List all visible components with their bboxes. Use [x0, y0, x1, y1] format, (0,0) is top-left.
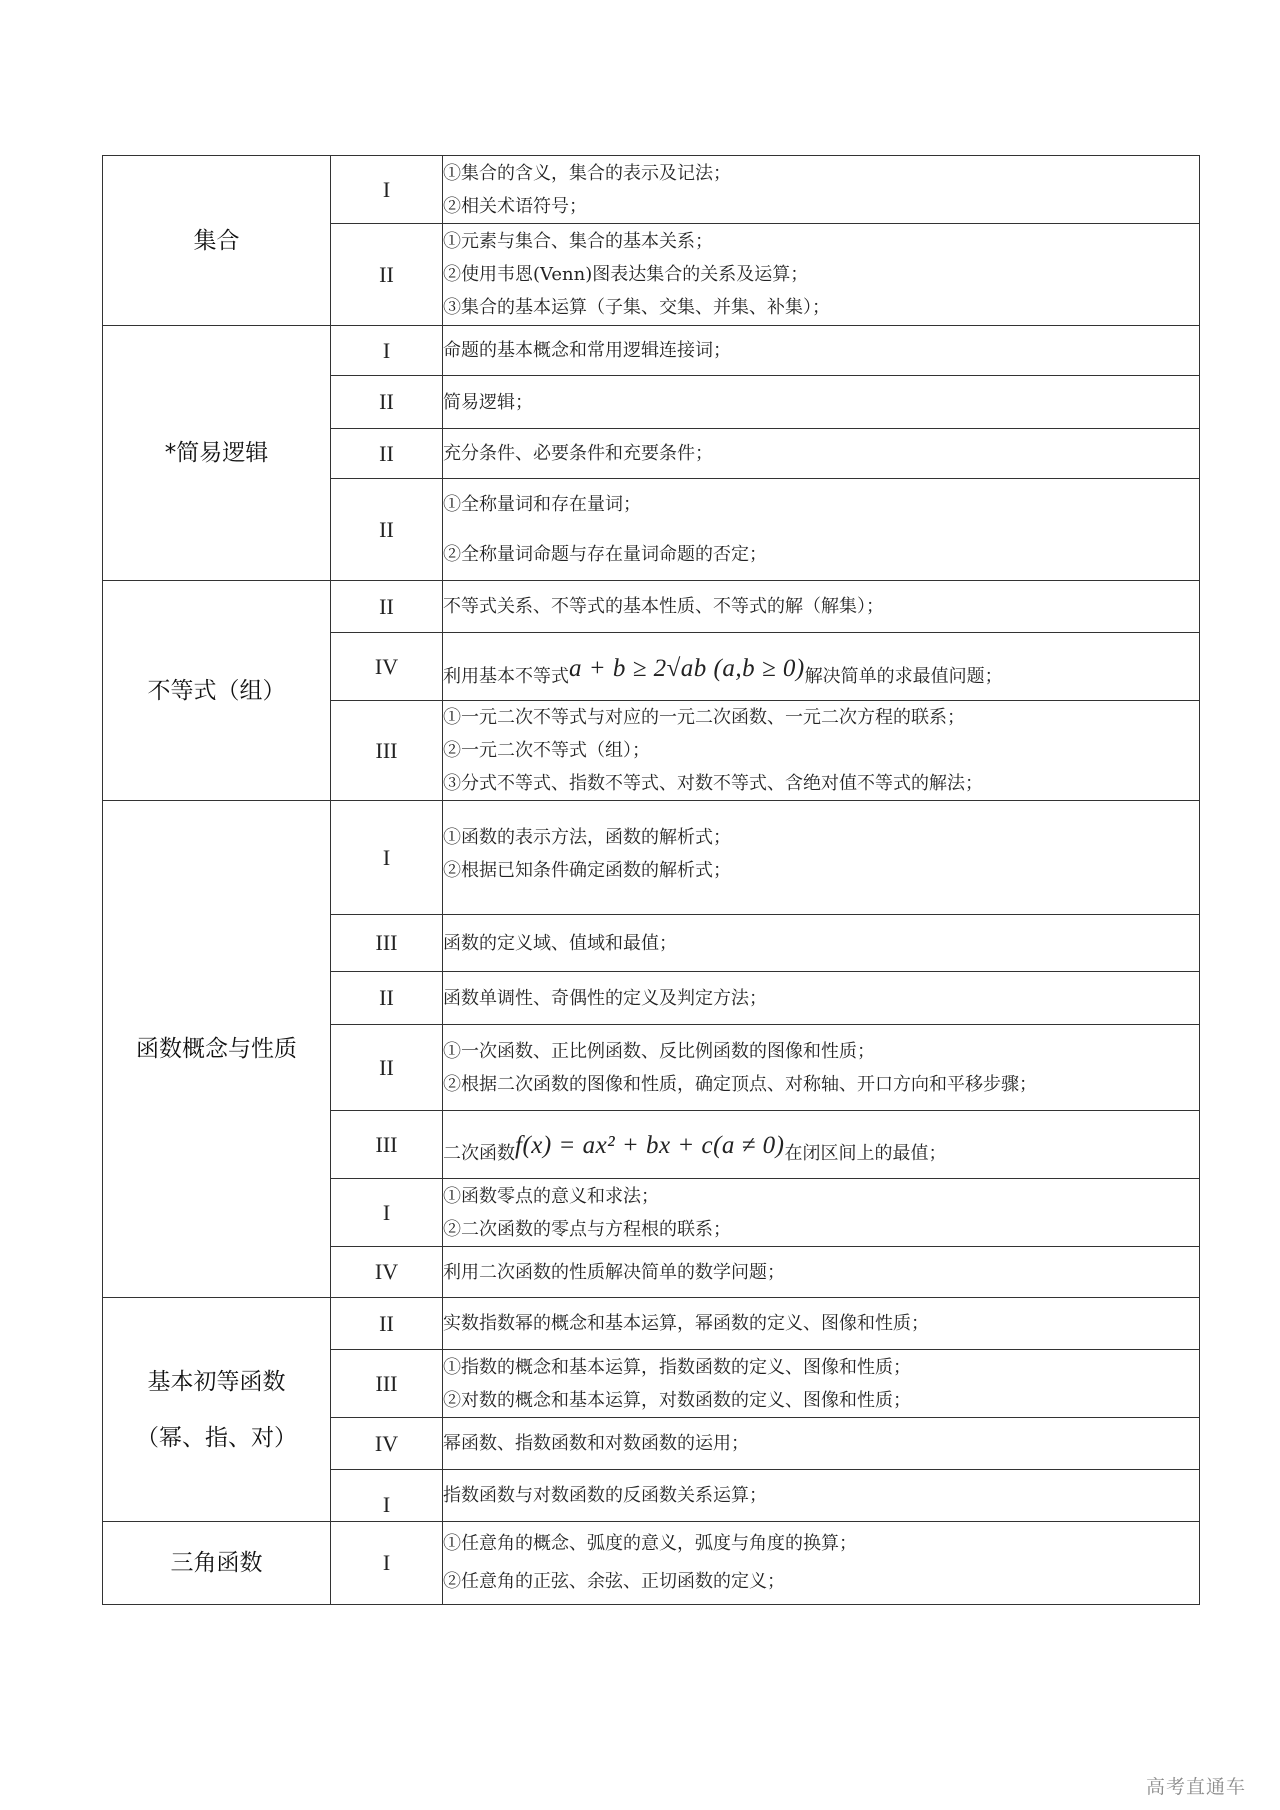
table-row: 基本初等函数 （幂、指、对） II 实数指数幂的概念和基本运算，幂函数的定义、图…: [103, 1298, 1200, 1350]
content-line: ③集合的基本运算（子集、交集、并集、补集）；: [443, 291, 1199, 324]
level-cell: II: [331, 479, 443, 581]
content-line: 利用基本不等式a + b ≥ 2√ab (a,b ≥ 0)解决简单的求最值问题；: [443, 652, 1199, 693]
content-prefix: 二次函数: [443, 1143, 515, 1164]
content-prefix: 利用基本不等式: [443, 666, 569, 687]
topic-cell: 三角函数: [103, 1522, 331, 1605]
level-cell: III: [331, 1350, 443, 1418]
content-cell: 函数单调性、奇偶性的定义及判定方法；: [443, 972, 1200, 1025]
level-cell: III: [331, 1111, 443, 1179]
content-suffix: 解决简单的求最值问题；: [805, 666, 1003, 687]
content-line: 指数函数与对数函数的反函数关系运算；: [443, 1479, 1199, 1512]
content-cell: ①任意角的概念、弧度的意义，弧度与角度的换算； ②任意角的正弦、余弦、正切函数的…: [443, 1522, 1200, 1605]
content-cell: 二次函数f(x) = ax² + bx + c(a ≠ 0)在闭区间上的最值；: [443, 1111, 1200, 1179]
content-line: ①指数的概念和基本运算，指数函数的定义、图像和性质；: [443, 1351, 1199, 1384]
content-line: ①一次函数、正比例函数、反比例函数的图像和性质；: [443, 1035, 1199, 1068]
level-cell: IV: [331, 633, 443, 701]
topic-cell: 集合: [103, 156, 331, 326]
content-line: ①集合的含义，集合的表示及记法；: [443, 157, 1199, 190]
level-cell: I: [331, 1522, 443, 1605]
content-cell: 幂函数、指数函数和对数函数的运用；: [443, 1418, 1200, 1470]
content-cell: 实数指数幂的概念和基本运算，幂函数的定义、图像和性质；: [443, 1298, 1200, 1350]
level-cell: II: [331, 224, 443, 326]
syllabus-table: 集合 I ①集合的含义，集合的表示及记法； ②相关术语符号； II ①元素与集合…: [102, 155, 1200, 1605]
level-cell: I: [331, 326, 443, 376]
content-line: 命题的基本概念和常用逻辑连接词；: [443, 334, 1199, 367]
content-line: ①函数零点的意义和求法；: [443, 1180, 1199, 1213]
content-cell: ①指数的概念和基本运算，指数函数的定义、图像和性质； ②对数的概念和基本运算，对…: [443, 1350, 1200, 1418]
level-cell: II: [331, 581, 443, 633]
content-line: 实数指数幂的概念和基本运算，幂函数的定义、图像和性质；: [443, 1307, 1199, 1340]
content-line: ①全称量词和存在量词；: [443, 480, 1199, 530]
content-line: 幂函数、指数函数和对数函数的运用；: [443, 1427, 1199, 1460]
content-cell: 命题的基本概念和常用逻辑连接词；: [443, 326, 1200, 376]
content-line: 函数单调性、奇偶性的定义及判定方法；: [443, 982, 1199, 1015]
level-cell: I: [331, 156, 443, 224]
watermark: 高考直通车: [1146, 1772, 1246, 1799]
content-line: ②任意角的正弦、余弦、正切函数的定义；: [443, 1563, 1199, 1601]
level-cell: II: [331, 1298, 443, 1350]
table-row: 函数概念与性质 I ①函数的表示方法，函数的解析式； ②根据已知条件确定函数的解…: [103, 801, 1200, 915]
content-line: ②对数的概念和基本运算，对数函数的定义、图像和性质；: [443, 1384, 1199, 1417]
content-line: 简易逻辑；: [443, 386, 1199, 419]
content-cell: 利用二次函数的性质解决简单的数学问题；: [443, 1247, 1200, 1298]
content-line: ②全称量词命题与存在量词命题的否定；: [443, 530, 1199, 580]
content-cell: 指数函数与对数函数的反函数关系运算；: [443, 1470, 1200, 1522]
content-line: 不等式关系、不等式的基本性质、不等式的解（解集）；: [443, 590, 1199, 623]
content-line: ②使用韦恩(Venn)图表达集合的关系及运算；: [443, 258, 1199, 291]
level-cell: I: [331, 801, 443, 915]
topic-cell: *简易逻辑: [103, 326, 331, 581]
topic-cell: 基本初等函数 （幂、指、对）: [103, 1298, 331, 1522]
content-cell: 利用基本不等式a + b ≥ 2√ab (a,b ≥ 0)解决简单的求最值问题；: [443, 633, 1200, 701]
table-row: 三角函数 I ①任意角的概念、弧度的意义，弧度与角度的换算； ②任意角的正弦、余…: [103, 1522, 1200, 1605]
level-cell: II: [331, 1025, 443, 1111]
content-cell: 简易逻辑；: [443, 376, 1200, 429]
content-cell: ①一次函数、正比例函数、反比例函数的图像和性质； ②根据二次函数的图像和性质，确…: [443, 1025, 1200, 1111]
content-line: 充分条件、必要条件和充要条件；: [443, 437, 1199, 470]
content-line: ②二次函数的零点与方程根的联系；: [443, 1213, 1199, 1246]
math-formula: f(x) = ax² + bx + c(a ≠ 0): [515, 1132, 784, 1159]
content-line: ①一元二次不等式与对应的一元二次函数、一元二次方程的联系；: [443, 701, 1199, 734]
content-line: 函数的定义域、值域和最值；: [443, 927, 1199, 960]
content-line: ②根据已知条件确定函数的解析式；: [443, 854, 1199, 887]
level-cell: II: [331, 429, 443, 479]
content-line: ②根据二次函数的图像和性质，确定顶点、对称轴、开口方向和平移步骤；: [443, 1068, 1199, 1101]
content-cell: 函数的定义域、值域和最值；: [443, 915, 1200, 972]
content-line: ③分式不等式、指数不等式、对数不等式、含绝对值不等式的解法；: [443, 767, 1199, 800]
table-row: *简易逻辑 I 命题的基本概念和常用逻辑连接词；: [103, 326, 1200, 376]
level-cell: I: [331, 1179, 443, 1247]
level-cell: I: [331, 1470, 443, 1522]
content-cell: ①元素与集合、集合的基本关系； ②使用韦恩(Venn)图表达集合的关系及运算； …: [443, 224, 1200, 326]
topic-cell: 不等式（组）: [103, 581, 331, 801]
level-cell: III: [331, 701, 443, 801]
content-cell: ①函数零点的意义和求法； ②二次函数的零点与方程根的联系；: [443, 1179, 1200, 1247]
content-line: ①函数的表示方法，函数的解析式；: [443, 821, 1199, 854]
table-row: 不等式（组） II 不等式关系、不等式的基本性质、不等式的解（解集）；: [103, 581, 1200, 633]
table-row: 集合 I ①集合的含义，集合的表示及记法； ②相关术语符号；: [103, 156, 1200, 224]
content-line: ②相关术语符号；: [443, 190, 1199, 223]
content-cell: ①函数的表示方法，函数的解析式； ②根据已知条件确定函数的解析式；: [443, 801, 1200, 915]
content-cell: ①全称量词和存在量词； ②全称量词命题与存在量词命题的否定；: [443, 479, 1200, 581]
content-line: ②一元二次不等式（组）；: [443, 734, 1199, 767]
level-cell: IV: [331, 1418, 443, 1470]
content-cell: ①集合的含义，集合的表示及记法； ②相关术语符号；: [443, 156, 1200, 224]
topic-cell: 函数概念与性质: [103, 801, 331, 1298]
math-formula: a + b ≥ 2√ab (a,b ≥ 0): [569, 655, 805, 682]
content-line: ①任意角的概念、弧度的意义，弧度与角度的换算；: [443, 1525, 1199, 1563]
content-cell: 不等式关系、不等式的基本性质、不等式的解（解集）；: [443, 581, 1200, 633]
level-cell: II: [331, 972, 443, 1025]
content-cell: ①一元二次不等式与对应的一元二次函数、一元二次方程的联系； ②一元二次不等式（组…: [443, 701, 1200, 801]
content-line: ①元素与集合、集合的基本关系；: [443, 225, 1199, 258]
level-cell: III: [331, 915, 443, 972]
topic-line: （幂、指、对）: [103, 1415, 330, 1461]
content-cell: 充分条件、必要条件和充要条件；: [443, 429, 1200, 479]
content-line: 二次函数f(x) = ax² + bx + c(a ≠ 0)在闭区间上的最值；: [443, 1129, 1199, 1170]
level-cell: IV: [331, 1247, 443, 1298]
topic-line: 基本初等函数: [103, 1359, 330, 1405]
level-cell: II: [331, 376, 443, 429]
content-suffix: 在闭区间上的最值；: [784, 1143, 946, 1164]
content-line: 利用二次函数的性质解决简单的数学问题；: [443, 1256, 1199, 1289]
